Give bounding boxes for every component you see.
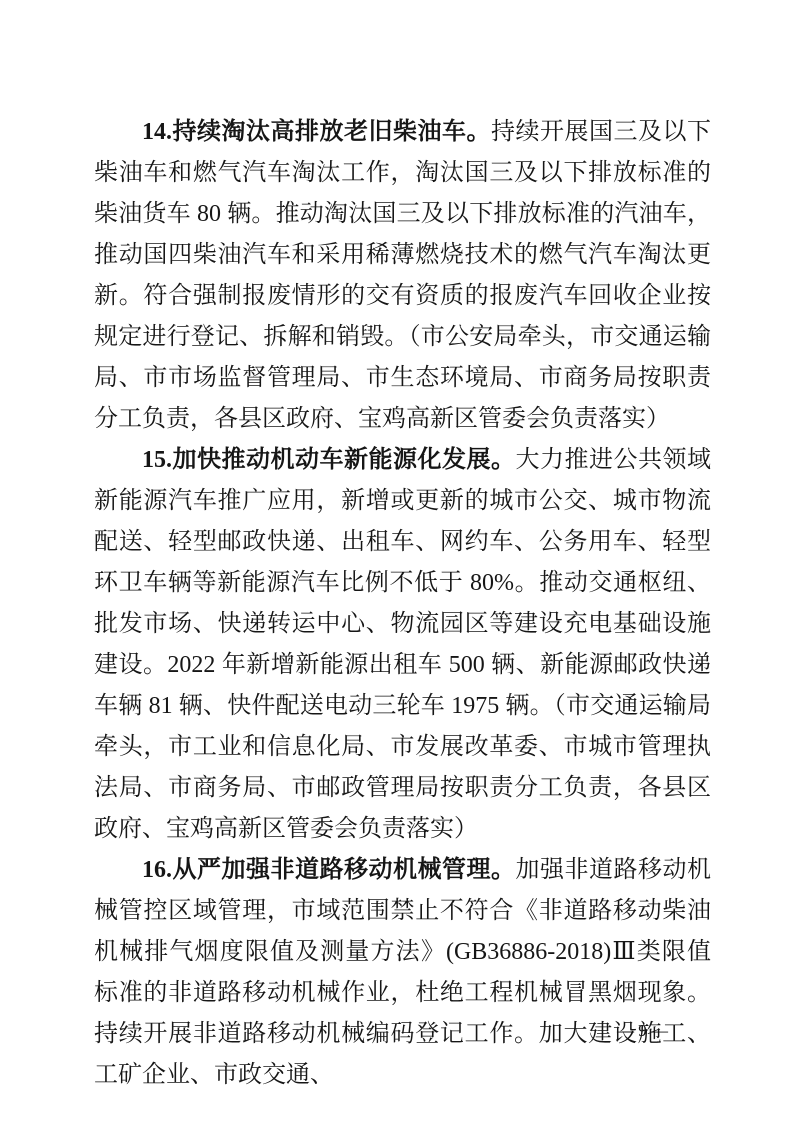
paragraph-16-body: 加强非道路移动机械管控区域管理，市域范围禁止不符合《非道路移动柴油机械排气烟度限…: [94, 857, 711, 1088]
paragraph-item-16: 16.从严加强非道路移动机械管理。加强非道路移动机械管控区域管理，市域范围禁止不…: [94, 850, 711, 1096]
paragraph-item-14: 14.持续淘汰高排放老旧柴油车。持续开展国三及以下柴油车和燃气汽车淘汰工作，淘汰…: [94, 112, 711, 440]
document-text-block: 14.持续淘汰高排放老旧柴油车。持续开展国三及以下柴油车和燃气汽车淘汰工作，淘汰…: [94, 112, 711, 1096]
paragraph-15-heading: 15.加快推动机动车新能源化发展。: [142, 447, 516, 473]
paragraph-15-body: 大力推进公共领域新能源汽车推广应用，新增或更新的城市公交、城市物流配送、轻型邮政…: [94, 447, 711, 842]
page-number: — 9 —: [617, 1020, 668, 1042]
paragraph-item-15: 15.加快推动机动车新能源化发展。大力推进公共领域新能源汽车推广应用，新增或更新…: [94, 440, 711, 850]
document-page: 14.持续淘汰高排放老旧柴油车。持续开展国三及以下柴油车和燃气汽车淘汰工作，淘汰…: [0, 0, 800, 1131]
paragraph-16-heading: 16.从严加强非道路移动机械管理。: [142, 857, 516, 883]
paragraph-14-body: 持续开展国三及以下柴油车和燃气汽车淘汰工作，淘汰国三及以下排放标准的柴油货车 8…: [94, 119, 711, 432]
paragraph-14-heading: 14.持续淘汰高排放老旧柴油车。: [142, 119, 491, 145]
